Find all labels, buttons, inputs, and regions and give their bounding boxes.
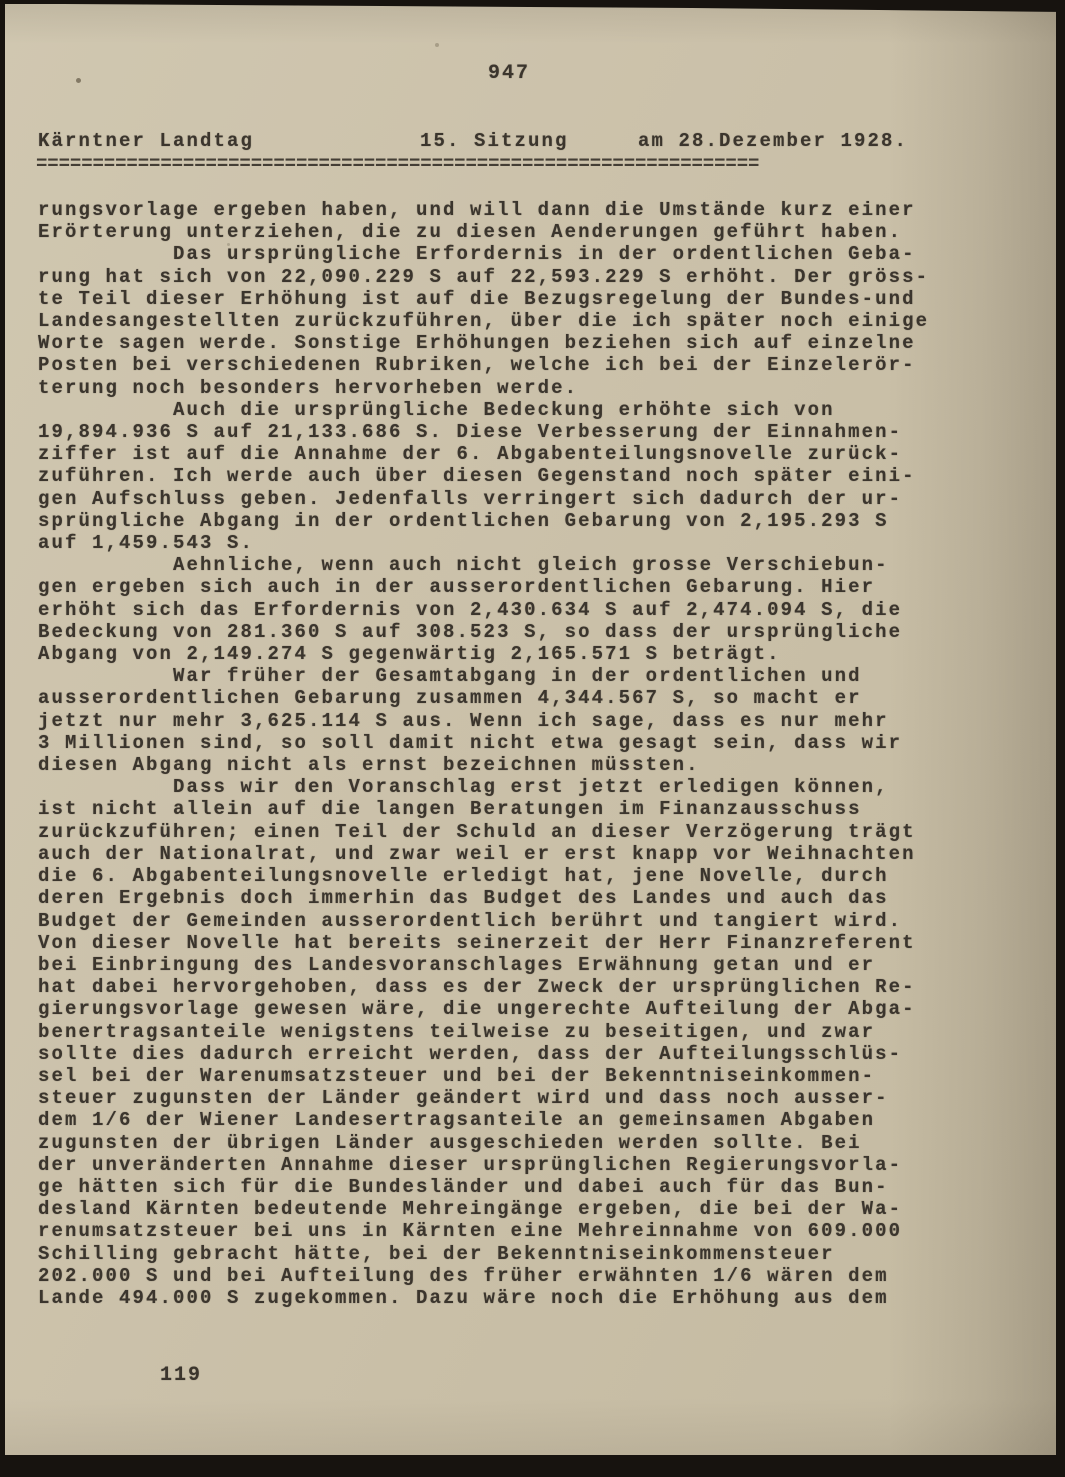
scan-edge-left [0,0,5,1477]
paper-speck [435,43,439,47]
header-date: am 28.Dezember 1928. [638,130,908,152]
speech-body-text: rungsvorlage ergeben haben, und will dan… [38,199,929,1309]
page-number: 947 [488,62,530,85]
paper-speck [76,78,81,83]
scanned-document-page: 947 Kärntner Landtag 15. Sitzung am 28.D… [0,0,1065,1477]
header-separator-line: ========================================… [36,153,759,175]
scan-edge-right [1056,0,1065,1477]
sheet-number: 119 [160,1364,202,1387]
scan-edge-bottom [0,1455,1065,1477]
header-institution: Kärntner Landtag [38,130,254,152]
header-session-number: 15. Sitzung [420,130,569,152]
